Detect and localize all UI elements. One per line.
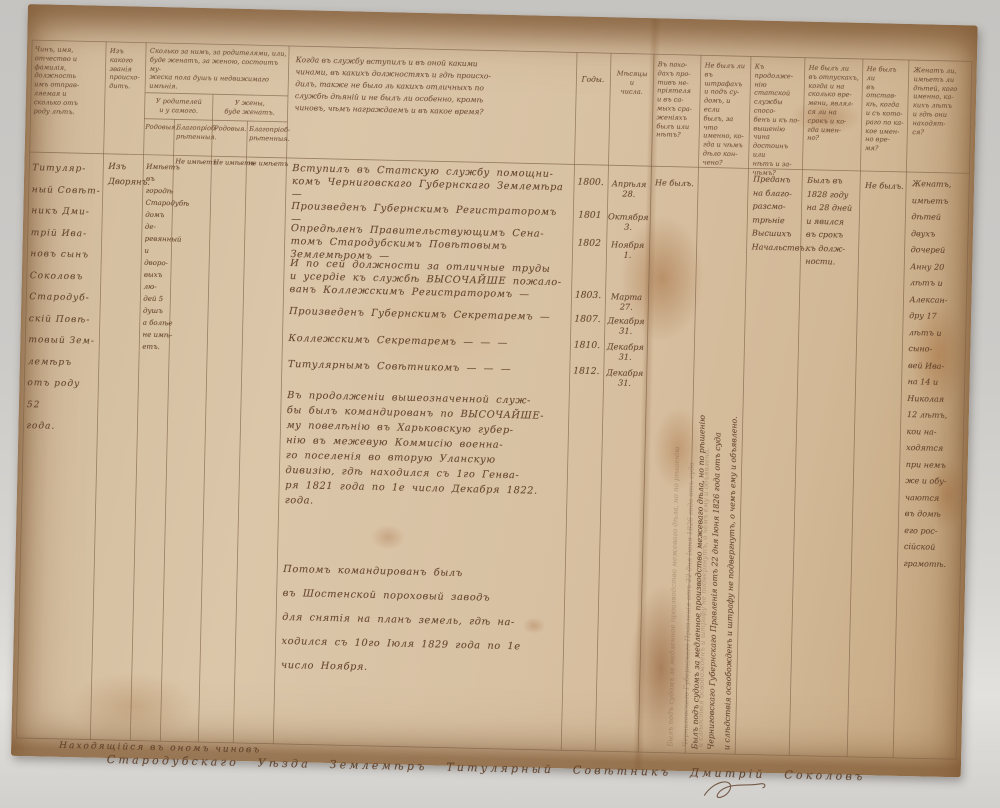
record-family: Женатъ, имѣетъ дѣтей двухъ дочерей Анну … [903, 176, 967, 573]
header-acquired-1: Благопріоб- рѣтенныя. [176, 123, 212, 141]
header-estate-wife: У жены, буде женатъ. [215, 98, 285, 117]
service-date: Декабря 31. [603, 367, 645, 388]
header-service-column: Когда въ службу вступилъ и въ оной каким… [295, 54, 574, 120]
header-estate-column: Сколько за нимъ, за родителями, или, буд… [149, 47, 287, 94]
service-year: 1802 [574, 237, 605, 249]
service-paragraph: Потомъ командированъ былъ въ Шостенской … [281, 558, 566, 684]
header-family-column: Женатъ ли, имѣетъ ли дѣтей, кого именно,… [912, 66, 970, 138]
service-date: Апрѣля 28. [608, 178, 650, 199]
service-date: Ноября 1. [606, 239, 648, 260]
header-fitness-column: Къ продолже- нію статской службы спосо- … [752, 63, 803, 178]
service-year: 1800. [575, 176, 606, 188]
header-ancestral-1: Родовыя. [145, 123, 173, 132]
record-fitness: Преданъ на благо- разсмо- трѣніе Высшихъ… [752, 172, 802, 254]
record-estate-own-ancestral: Имѣетъ въ городѣ Стародубѣ домъ де- ревя… [142, 161, 176, 354]
header-years-column: Годы. [577, 74, 608, 84]
header-ancestral-2: Родовыя. [214, 124, 246, 134]
record-rank-name: Титуляр- ный Совѣт- никъ Дми- трій Ива- … [26, 158, 102, 439]
service-paragraph: Въ продолженіи вышеозначенной служ- бы б… [285, 388, 570, 514]
document-paper: Чинъ, имя, отчество и фамилія, должность… [11, 4, 978, 777]
record-retirement: Не былъ. [865, 179, 905, 193]
service-entry: И по сей должности за отличные труды и у… [289, 257, 572, 303]
penalties-note-bleedthrough: Былъ подъ судомъ за медленное производст… [663, 417, 704, 748]
header-retirement-column: Не былъ ли въ отстав- кѣ, когда и съ кот… [865, 65, 907, 154]
service-year: 1812. [571, 365, 602, 377]
service-year: 1803. [572, 289, 603, 301]
header-estate-own: У родителей и у самого. [147, 97, 211, 116]
record-estate-wife-acquired: не имѣетъ [248, 159, 288, 168]
service-date: Марта 27. [605, 291, 647, 312]
record-estate-own-acquired: Не имѣетъ [175, 157, 216, 166]
signature-flourish [700, 775, 771, 805]
service-date: Декабря 31. [605, 315, 647, 336]
service-year: 1807. [572, 313, 603, 325]
service-date: Октября 3. [607, 211, 649, 232]
header-campaigns-column: Въ похо- дахъ про- тивъ не- пріятеля и в… [656, 60, 699, 140]
service-date: Декабря 31. [604, 341, 646, 362]
header-acquired-2: Благопріоб- рѣтенныя. [249, 125, 286, 143]
service-year: 1801 [574, 209, 605, 221]
record-campaigns: Не былъ. [655, 176, 697, 190]
header-penalties-column: Не былъ ли въ штрафахъ и подъ су- домъ, … [702, 61, 748, 168]
header-months-column: Мѣсяцы и числа. [611, 69, 653, 96]
service-year: 1810. [571, 339, 602, 351]
header-leaves-column: Не былъ ли въ отпускахъ, когда и на скол… [807, 64, 861, 144]
header-origin-column: Изъ какого званія происхо- дитъ. [109, 47, 144, 92]
record-leaves: Былъ въ 1828 году на 28 дней и явился въ… [805, 174, 859, 270]
record-origin: Изъ Дворянъ. [108, 160, 143, 191]
header-rank-column: Чинъ, имя, отчество и фамилія, должность… [33, 45, 103, 117]
